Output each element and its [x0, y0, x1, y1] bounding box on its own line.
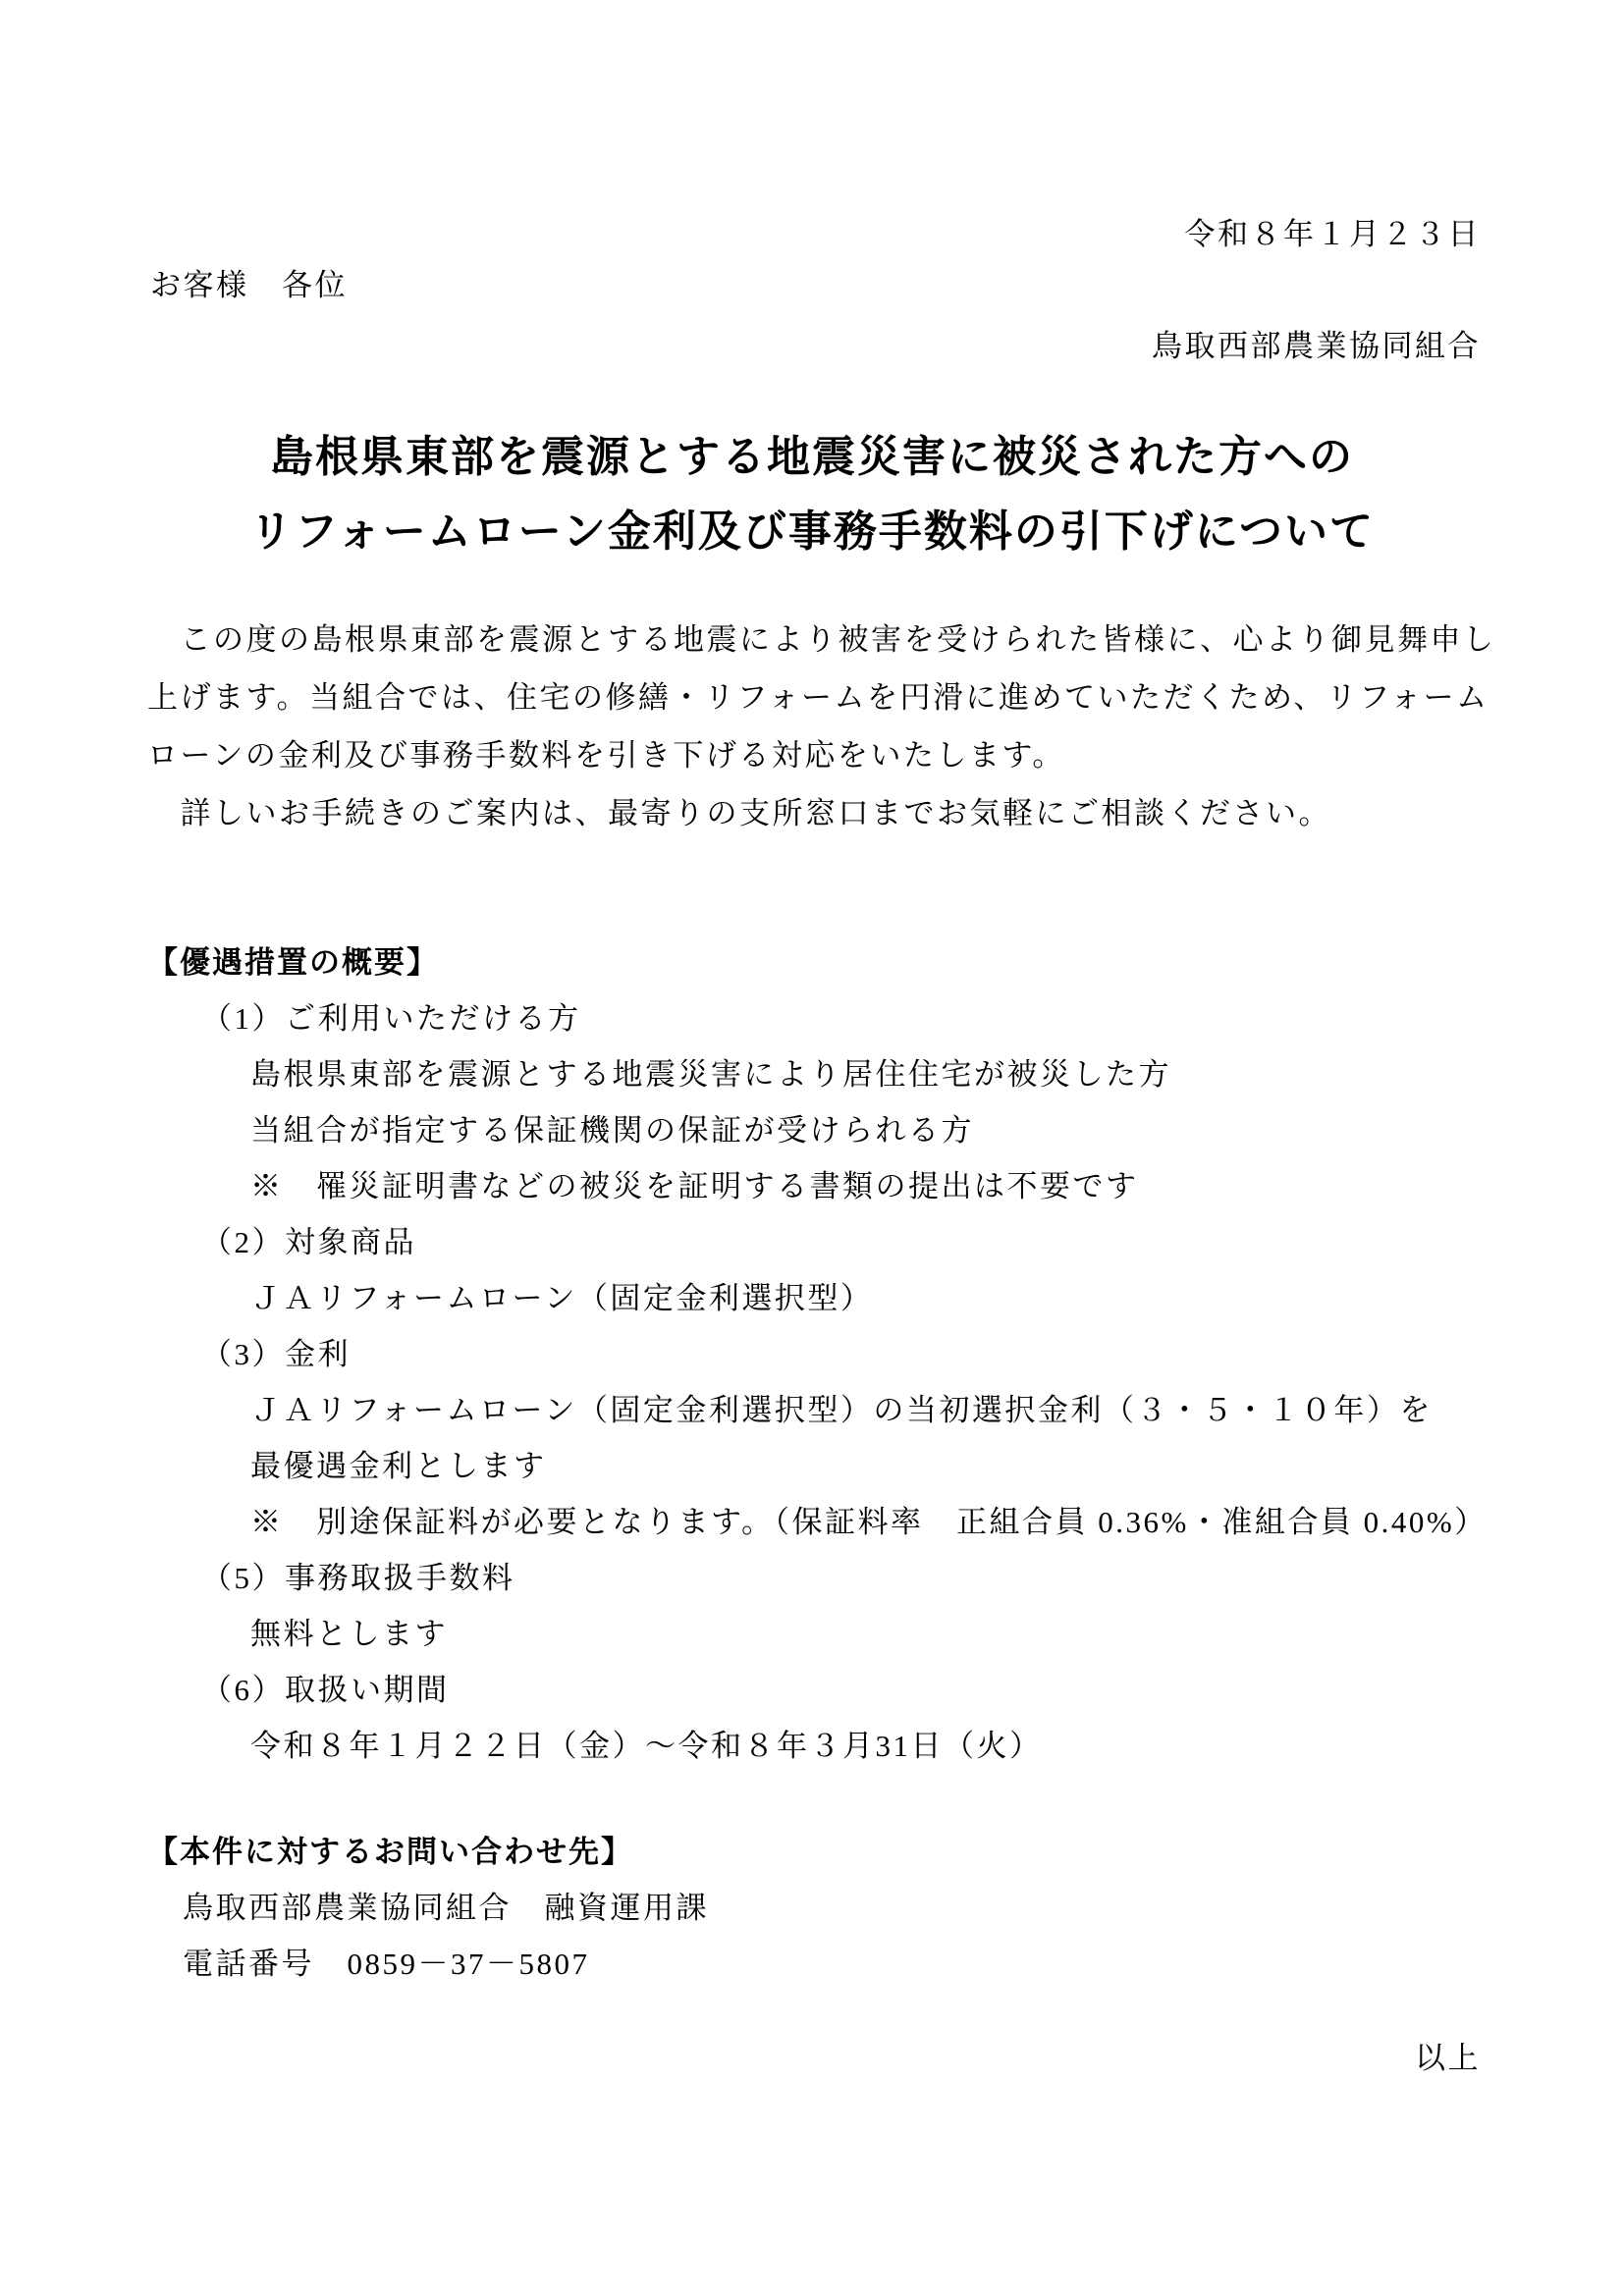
- benefit-item-subline: 当組合が指定する保証機関の保証が受けられる方: [147, 1102, 1542, 1158]
- note-line: ※ 別途保証料が必要となります。（保証料率 正組合員 0.36%・准組合員 0.…: [147, 1494, 1542, 1550]
- intro-line: 詳しいお手続きのご案内は、最寄りの支所窓口までお気軽にご相談ください。: [147, 784, 1522, 842]
- intro-line: 上げます。当組合では、住宅の修繕・リフォームを円滑に進めていただくため、リフォー…: [147, 668, 1522, 726]
- document-page: 令和８年１月２３日 お客様 各位 鳥取西部農業協同組合 島根県東部を震源とする地…: [0, 0, 1624, 2296]
- benefit-item-label: （3）金利: [147, 1326, 1542, 1382]
- date-line: 令和８年１月２３日: [1185, 206, 1482, 262]
- document-title: 島根県東部を震源とする地震災害に被災された方への リフォームローン金利及び事務手…: [0, 420, 1624, 569]
- benefit-item-label: （1）ご利用いただける方: [147, 990, 1542, 1046]
- benefit-item-subline: ＪＡリフォームローン（固定金利選択型）の当初選択金利（３・５・１０年）を: [147, 1382, 1542, 1438]
- benefits-heading: 【優遇措置の概要】: [147, 934, 1542, 990]
- note-line: ※ 罹災証明書などの被災を証明する書類の提出は不要です: [147, 1158, 1542, 1214]
- benefit-item-subline: ＪＡリフォームローン（固定金利選択型）: [147, 1270, 1542, 1326]
- benefit-item-subline: 最優遇金利とします: [147, 1438, 1542, 1494]
- recipient-line: お客様 各位: [150, 257, 348, 313]
- benefit-item-subline: 無料とします: [147, 1606, 1542, 1662]
- benefit-item-label: （6）取扱い期間: [147, 1662, 1542, 1718]
- benefit-item-subline: 島根県東部を震源とする地震災害により居住住宅が被災した方: [147, 1046, 1542, 1102]
- title-line-1: 島根県東部を震源とする地震災害に被災された方への: [0, 420, 1624, 495]
- contact-section: 【本件に対するお問い合わせ先】 鳥取西部農業協同組合 融資運用課 電話番号 08…: [147, 1824, 709, 1992]
- title-line-2: リフォームローン金利及び事務手数料の引下げについて: [0, 495, 1624, 569]
- benefit-item-label: （5）事務取扱手数料: [147, 1550, 1542, 1606]
- sender-line: 鳥取西部農業協同組合: [1152, 318, 1481, 374]
- benefit-item-label: （2）対象商品: [147, 1214, 1542, 1270]
- intro-line: ローンの金利及び事務手数料を引き下げる対応をいたします。: [147, 726, 1522, 784]
- contact-org-line: 鳥取西部農業協同組合 融資運用課: [147, 1880, 709, 1936]
- benefits-section: 【優遇措置の概要】 （1）ご利用いただける方 島根県東部を震源とする地震災害によ…: [147, 934, 1542, 1774]
- benefit-item-subline: 令和８年１月２２日（金）～令和８年３月31日（火）: [147, 1718, 1542, 1774]
- closing-line: 以上: [1415, 2030, 1481, 2086]
- intro-paragraph: この度の島根県東部を震源とする地震により被害を受けられた皆様に、心より御見舞申し…: [147, 611, 1522, 842]
- contact-heading: 【本件に対するお問い合わせ先】: [147, 1824, 709, 1880]
- contact-phone-line: 電話番号 0859－37－5807: [147, 1936, 709, 1992]
- intro-line: この度の島根県東部を震源とする地震により被害を受けられた皆様に、心より御見舞申し: [147, 611, 1522, 668]
